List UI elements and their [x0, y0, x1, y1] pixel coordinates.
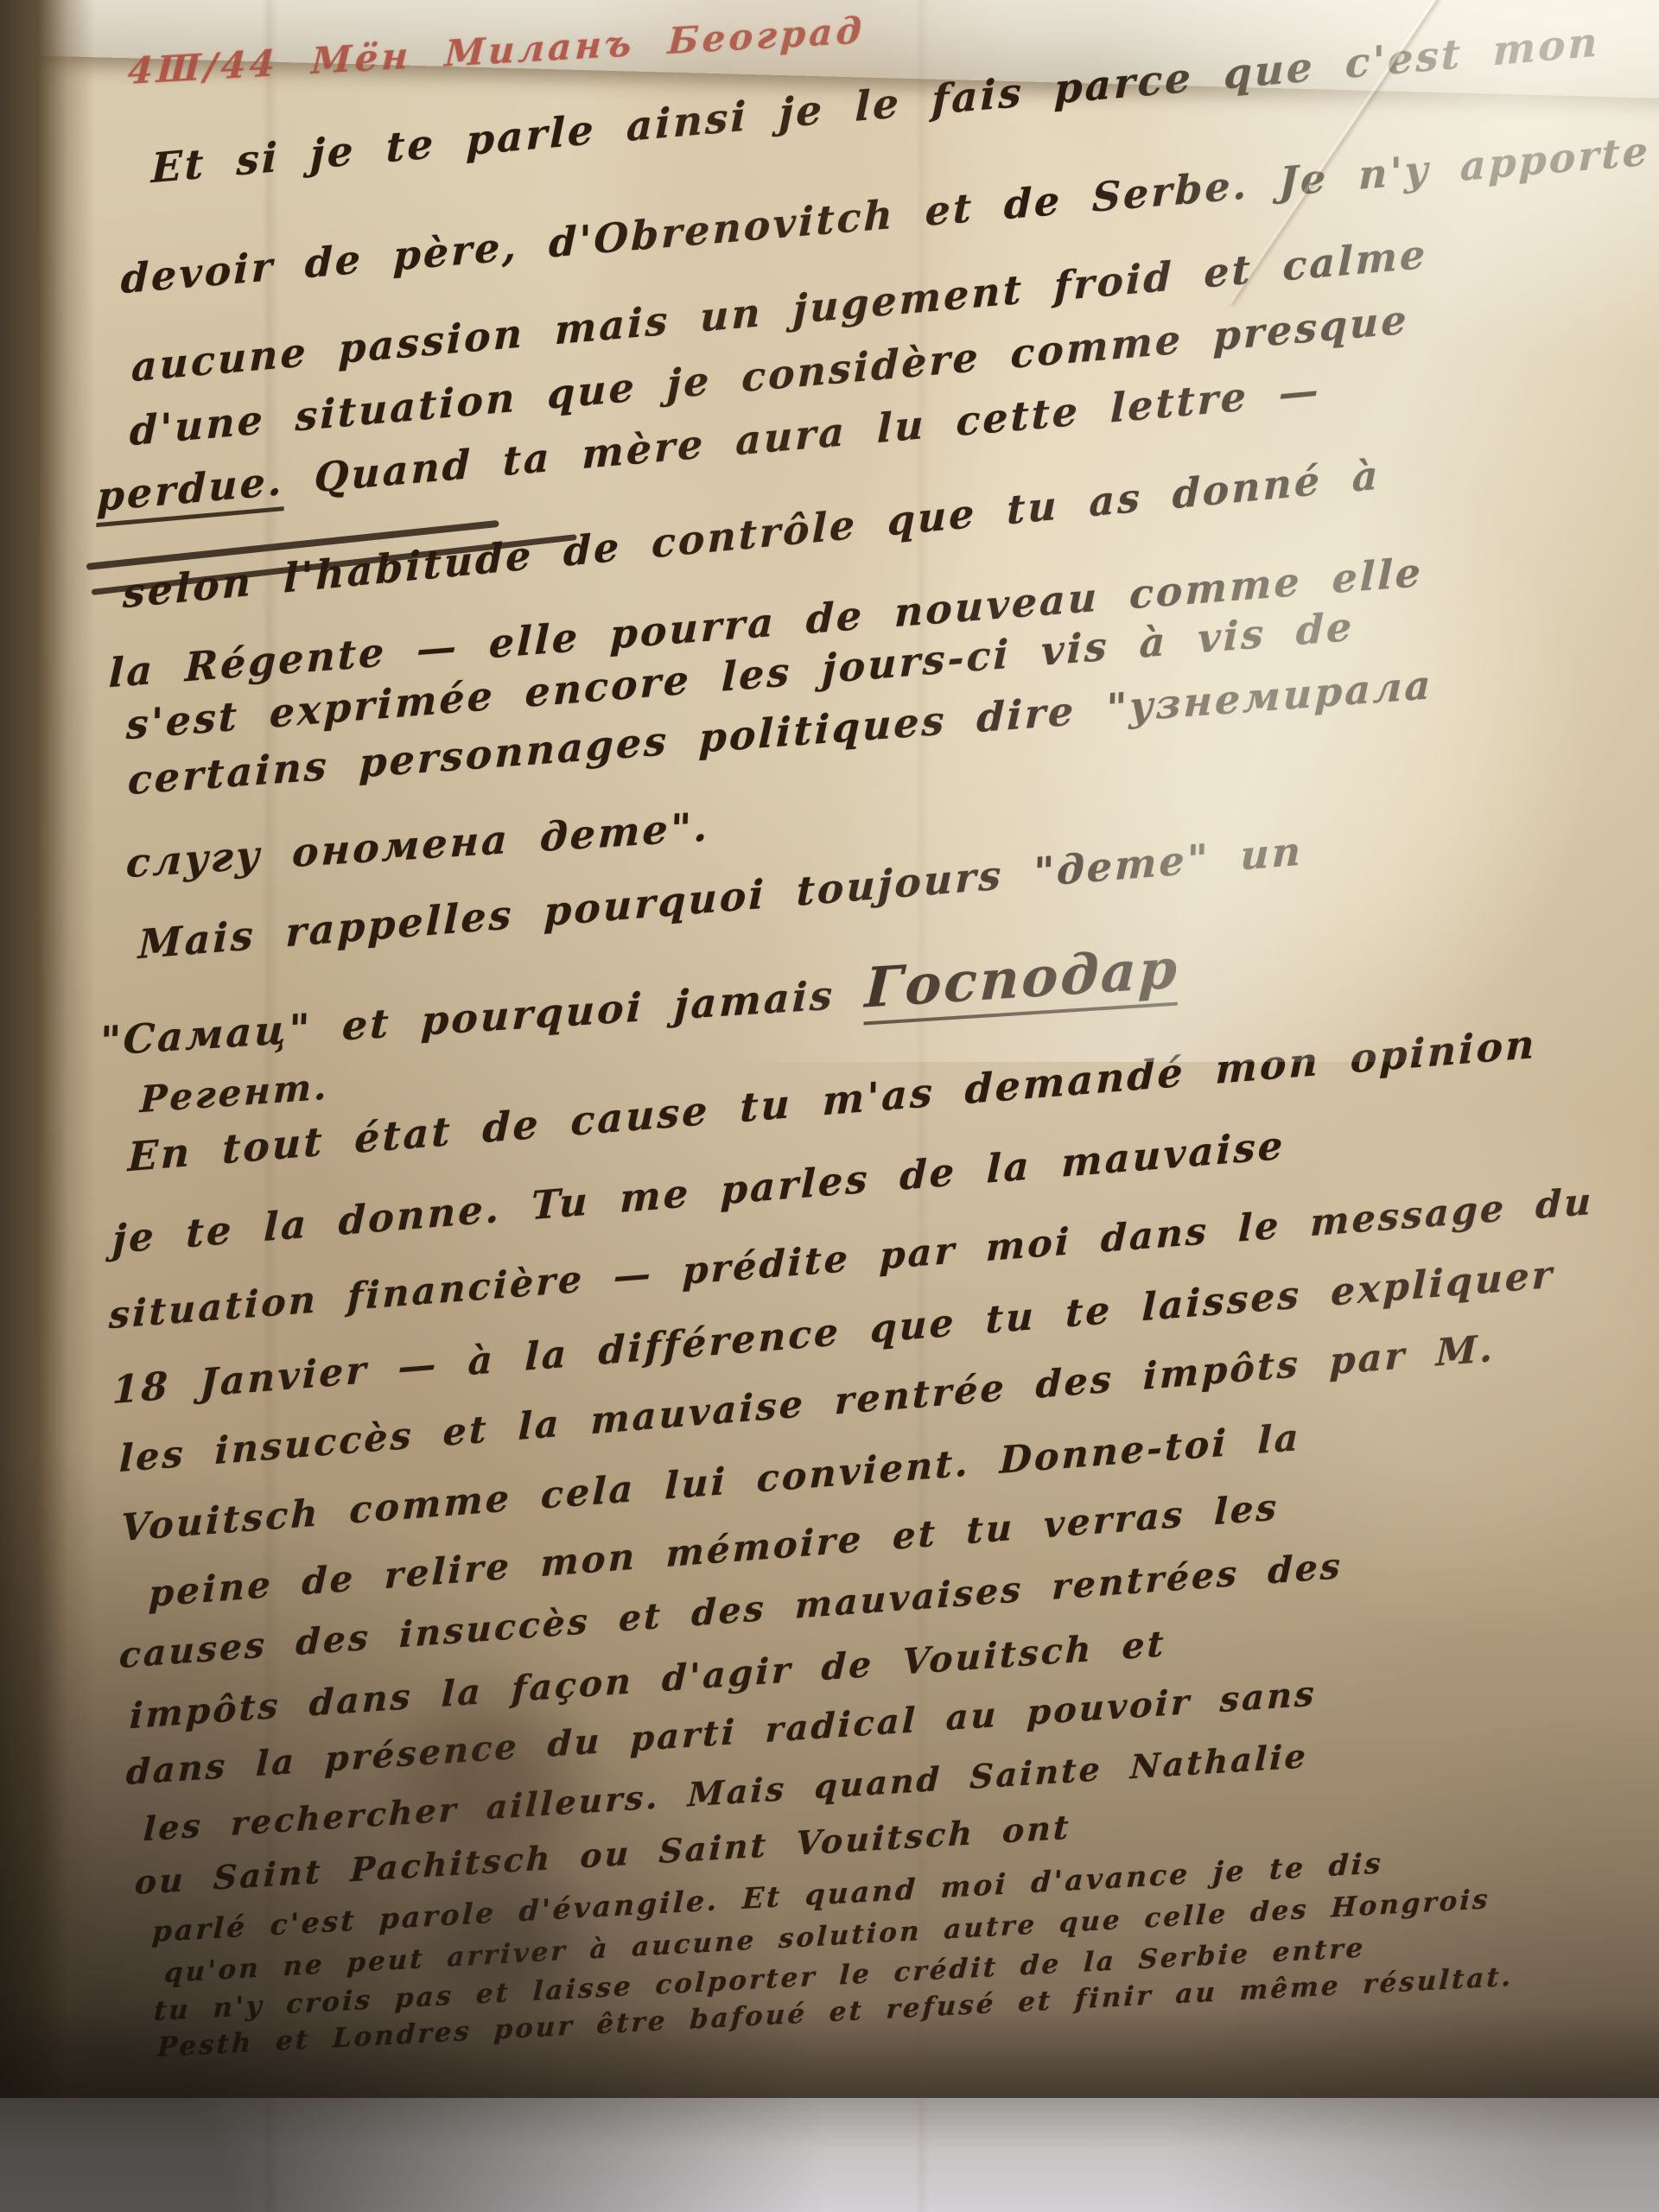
table-surface-below-page — [0, 2098, 1659, 2212]
plastic-glare-overlay — [0, 0, 1659, 1062]
manuscript-line: Регент. — [139, 1065, 330, 1122]
photograph-of-manuscript: { "colors": { "ink": "#2b1c10", "paper":… — [0, 0, 1659, 2212]
